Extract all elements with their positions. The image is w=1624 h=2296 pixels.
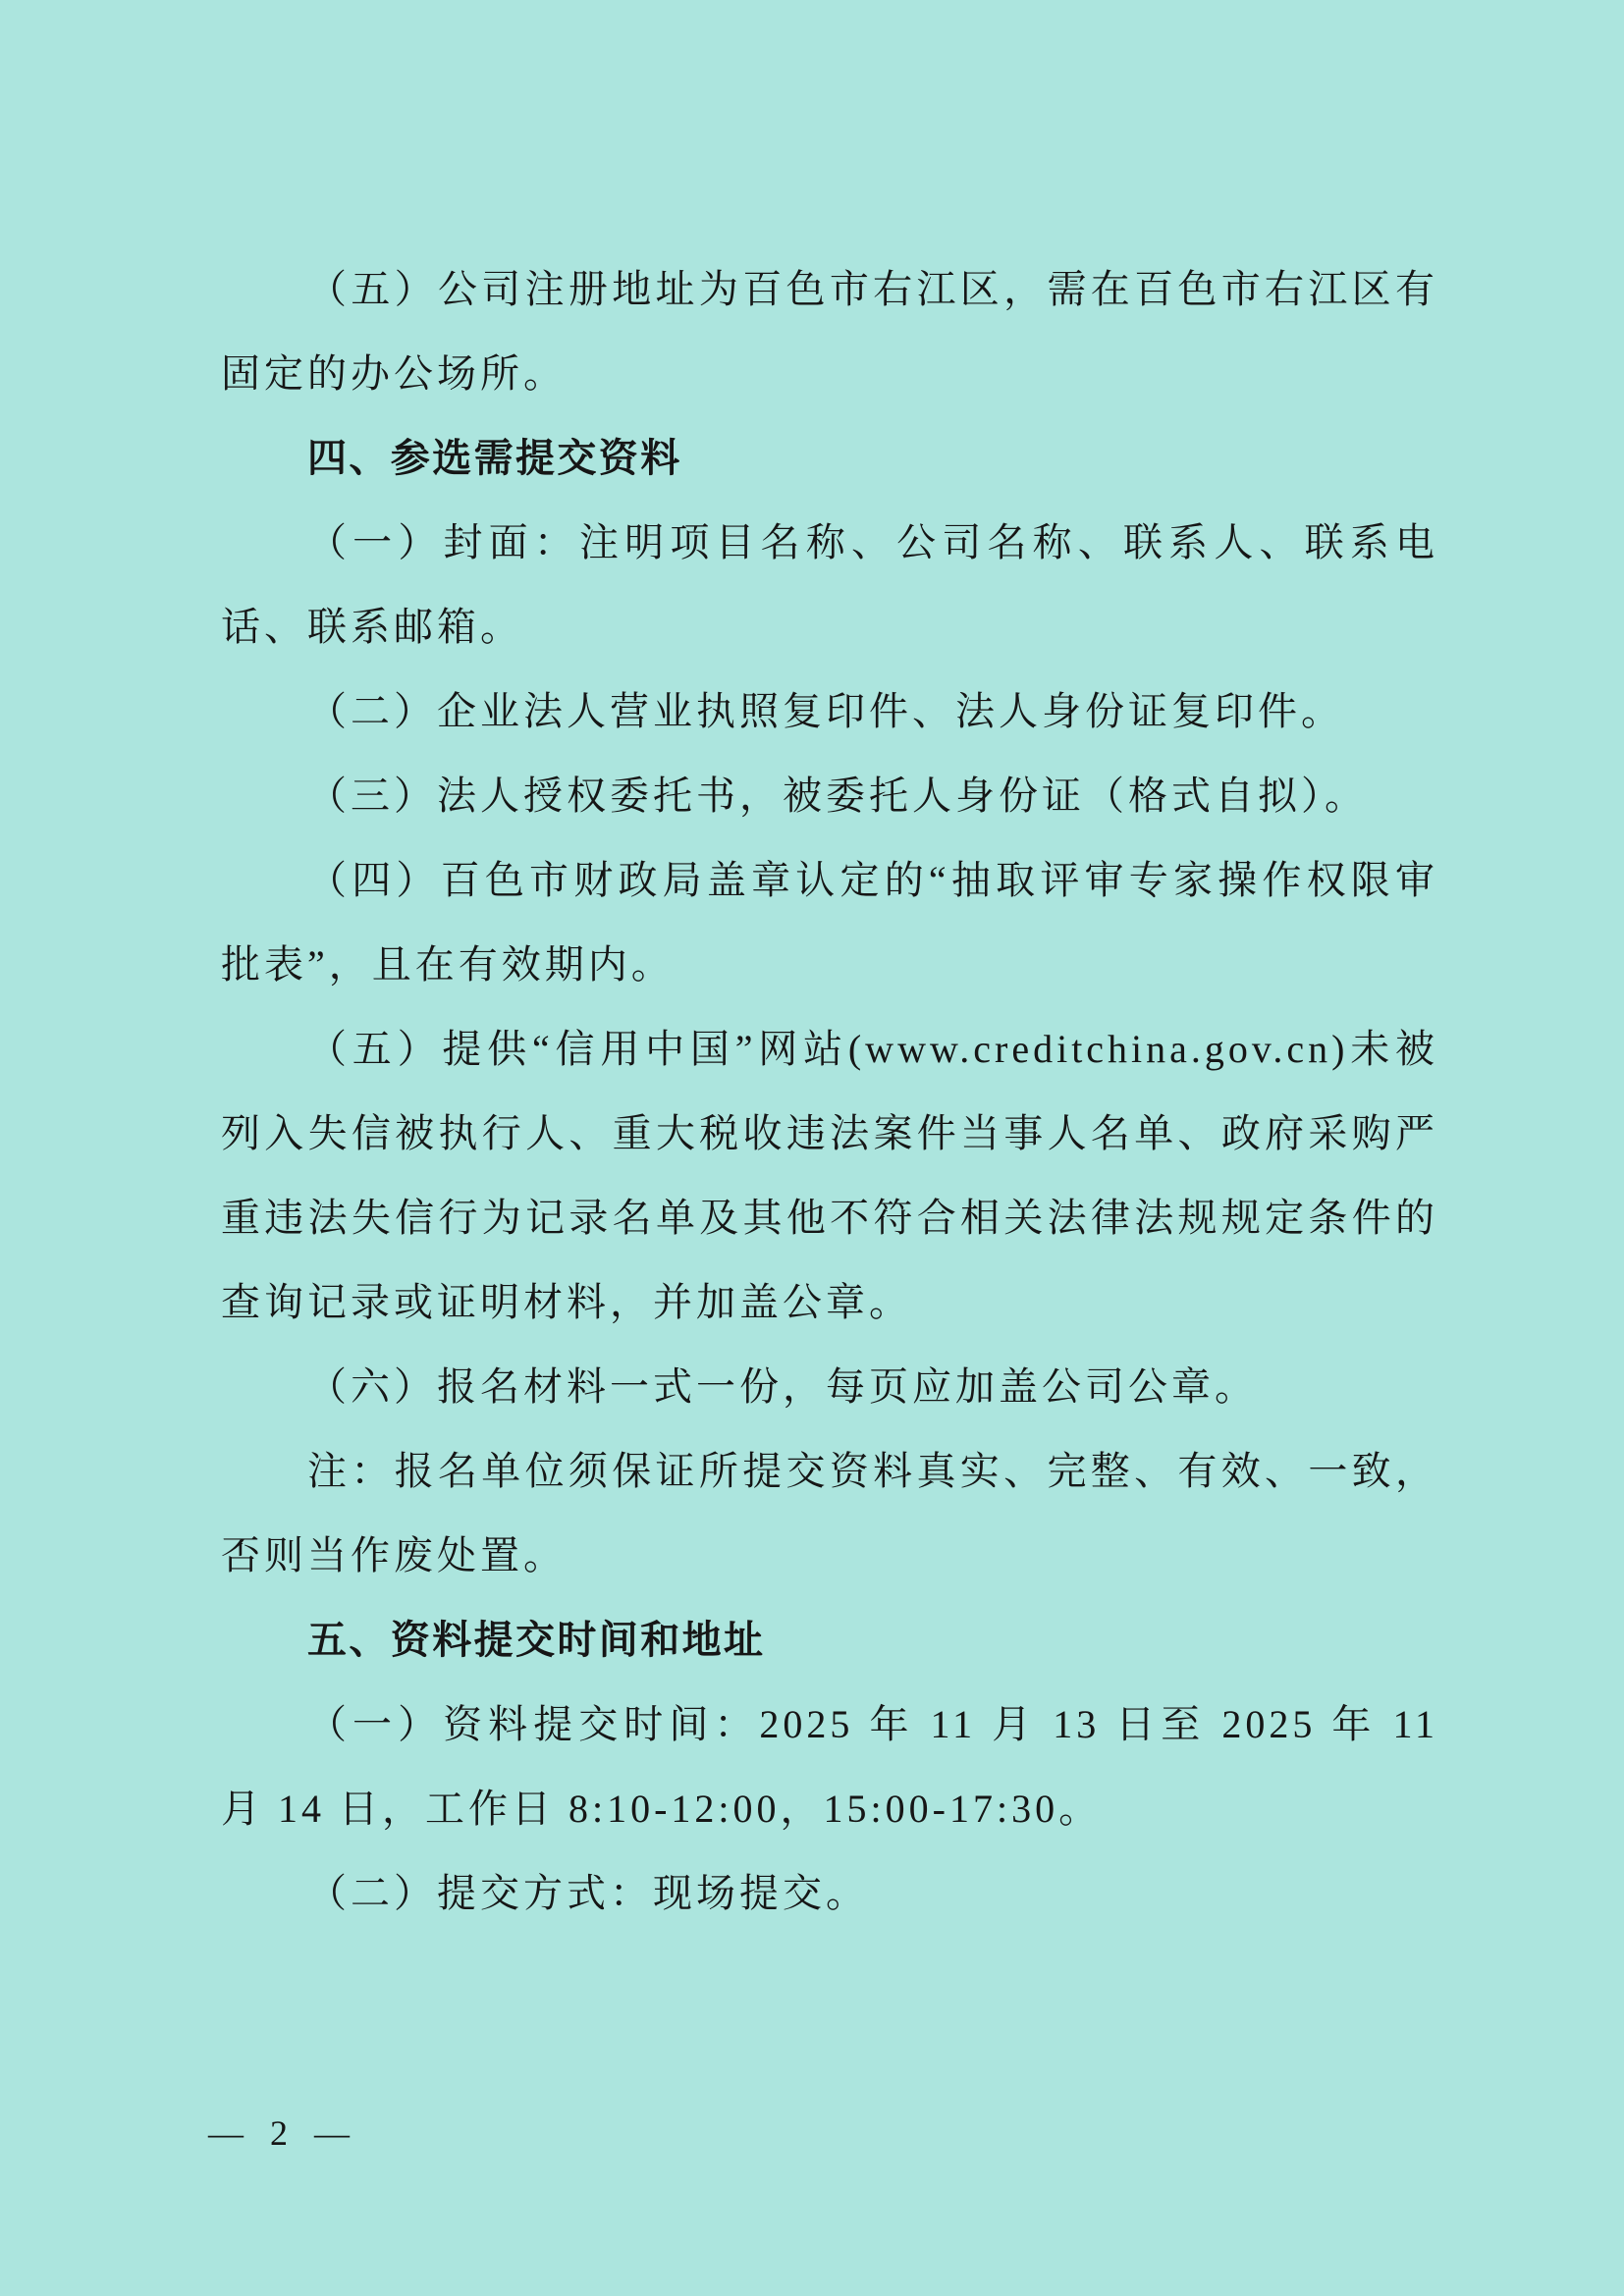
clause-material-copies: （六）报名材料一式一份，每页应加盖公司公章。 [221,1345,1438,1429]
clause-authorization-letter: （三）法人授权委托书，被委托人身份证（格式自拟）。 [221,754,1438,838]
page-number: — 2 — [208,2112,358,2154]
clause-submission-method: （二）提交方式：现场提交。 [221,1851,1438,1936]
clause-business-license: （二）企业法人营业执照复印件、法人身份证复印件。 [221,669,1438,754]
document-body: （五）公司注册地址为百色市右江区，需在百色市右江区有固定的办公场所。 四、参选需… [221,247,1438,1936]
clause-credit-china-record: （五）提供“信用中国”网站(www.creditchina.gov.cn)未被列… [221,1007,1438,1345]
clause-submission-time: （一）资料提交时间：2025 年 11 月 13 日至 2025 年 11 月 … [221,1682,1438,1851]
section-heading-5: 五、资料提交时间和地址 [221,1598,1438,1682]
note-paragraph: 注：报名单位须保证所提交资料真实、完整、有效、一致，否则当作废处置。 [221,1429,1438,1598]
clause-cover-page: （一）封面：注明项目名称、公司名称、联系人、联系电话、联系邮箱。 [221,501,1438,669]
section-heading-4: 四、参选需提交资料 [221,416,1438,501]
clause-registered-address: （五）公司注册地址为百色市右江区，需在百色市右江区有固定的办公场所。 [221,247,1438,416]
clause-approval-form: （四）百色市财政局盖章认定的“抽取评审专家操作权限审批表”，且在有效期内。 [221,838,1438,1007]
document-page: （五）公司注册地址为百色市右江区，需在百色市右江区有固定的办公场所。 四、参选需… [0,0,1624,2296]
